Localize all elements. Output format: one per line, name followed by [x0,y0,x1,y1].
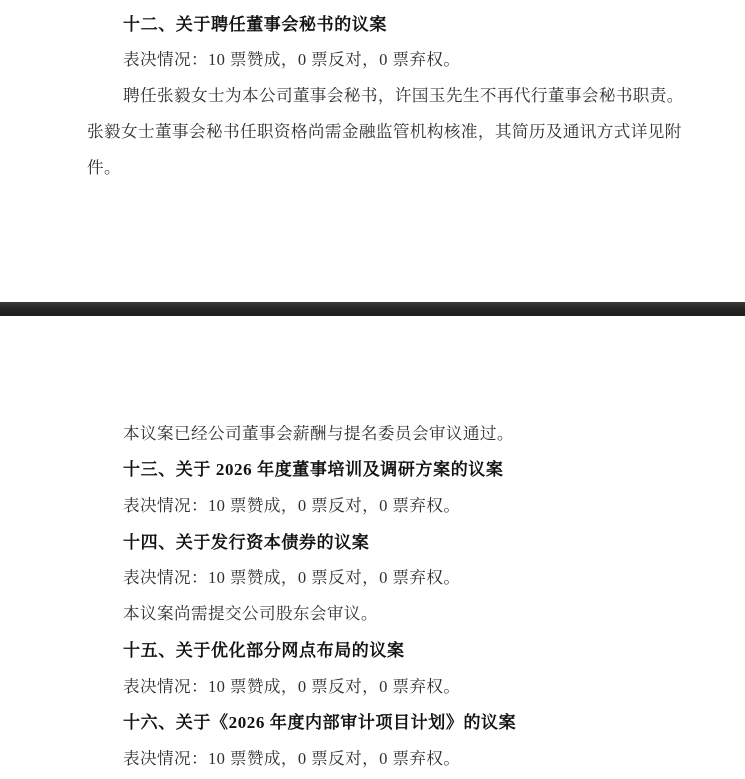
section-heading-12: 十二、关于聘任董事会秘书的议案 [123,16,387,33]
shareholder-review-note-14: 本议案尚需提交公司股东会审议。 [123,606,378,623]
document-page-2 [0,316,745,779]
vote-result-13: 表决情况：10 票赞成，0 票反对，0 票弃权。 [123,498,460,515]
section-heading-15: 十五、关于优化部分网点布局的议案 [123,642,405,659]
page-gap-separator [0,302,745,316]
section-heading-16: 十六、关于《2026 年度内部审计项目计划》的议案 [123,714,516,731]
document-viewport[interactable]: 十二、关于聘任董事会秘书的议案 表决情况：10 票赞成，0 票反对，0 票弃权。… [0,0,745,779]
document-page-1 [0,0,745,302]
paragraph-12-line-2: 张毅女士董事会秘书任职资格尚需金融监管机构核准，其简历及通讯方式详见附 [87,124,682,141]
vote-result-15: 表决情况：10 票赞成，0 票反对，0 票弃权。 [123,679,460,696]
section-heading-13: 十三、关于 2026 年度董事培训及调研方案的议案 [123,461,504,478]
vote-result-12: 表决情况：10 票赞成，0 票反对，0 票弃权。 [123,52,460,69]
section-heading-14: 十四、关于发行资本债券的议案 [123,534,369,551]
vote-result-14: 表决情况：10 票赞成，0 票反对，0 票弃权。 [123,570,460,587]
paragraph-12-line-3: 件。 [87,160,121,177]
paragraph-12-line-1: 聘任张毅女士为本公司董事会秘书，许国玉先生不再代行董事会秘书职责。 [123,88,684,105]
vote-result-16: 表决情况：10 票赞成，0 票反对，0 票弃权。 [123,751,460,768]
committee-review-note-12: 本议案已经公司董事会薪酬与提名委员会审议通过。 [123,426,514,443]
